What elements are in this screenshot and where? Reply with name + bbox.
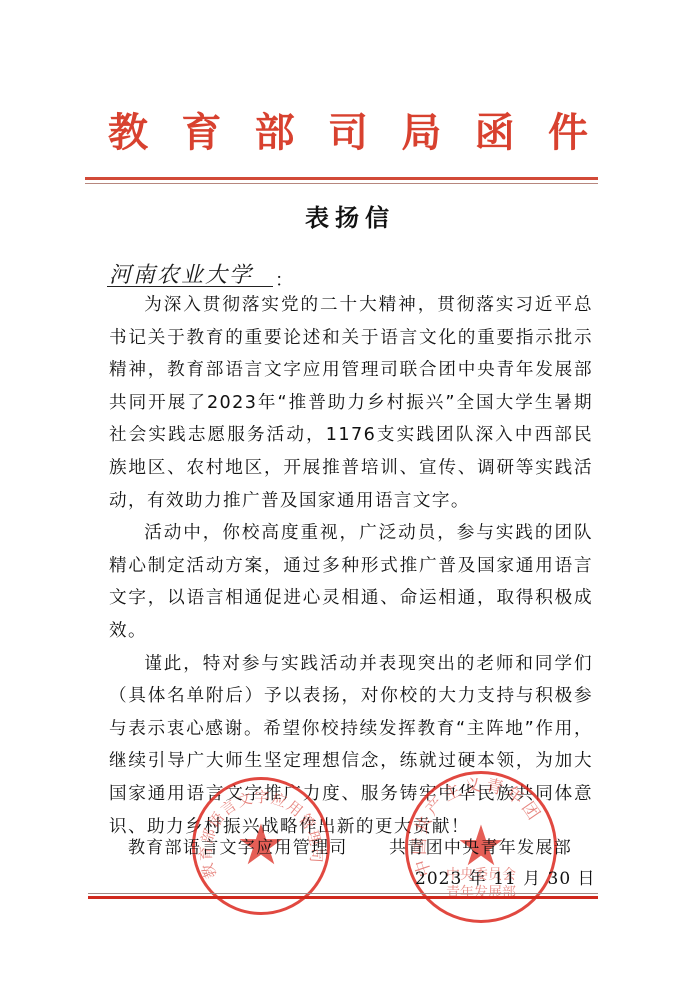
issue-date: 2023 年 11 月 30 日 — [415, 864, 596, 889]
header-rule-thin — [85, 183, 598, 184]
signer-right: 共青团中央青年发展部 — [389, 833, 572, 858]
paragraph: 为深入贯彻落实党的二十大精神，贯彻落实习近平总书记关于教育的重要论述和关于语言文… — [109, 289, 593, 517]
footer-rule-thin — [88, 893, 598, 894]
header-rule-red — [85, 177, 598, 180]
letterhead-char: 件 — [548, 113, 588, 153]
footer-rule-red — [88, 896, 598, 899]
letterhead-char: 育 — [181, 113, 221, 153]
letter-body: 为深入贯彻落实党的二十大精神，贯彻落实习近平总书记关于教育的重要论述和关于语言文… — [109, 289, 593, 843]
document-title: 表扬信 — [0, 198, 700, 233]
letterhead-char: 函 — [475, 113, 515, 153]
letterhead: 教 育 部 司 局 函 件 — [108, 108, 588, 158]
signer-left: 教育部语言文字应用管理司 — [128, 833, 348, 858]
letterhead-char: 部 — [255, 113, 295, 153]
paragraph: 活动中，你校高度重视，广泛动员，参与实践的团队精心制定活动方案，通过多种形式推广… — [109, 517, 593, 647]
recipient-name: 河南农业大学 — [109, 258, 253, 289]
letterhead-char: 教 — [108, 113, 148, 153]
letterhead-char: 司 — [328, 113, 368, 153]
recipient-line: 河南农业大学 — [107, 260, 273, 287]
letterhead-char: 局 — [401, 113, 441, 153]
